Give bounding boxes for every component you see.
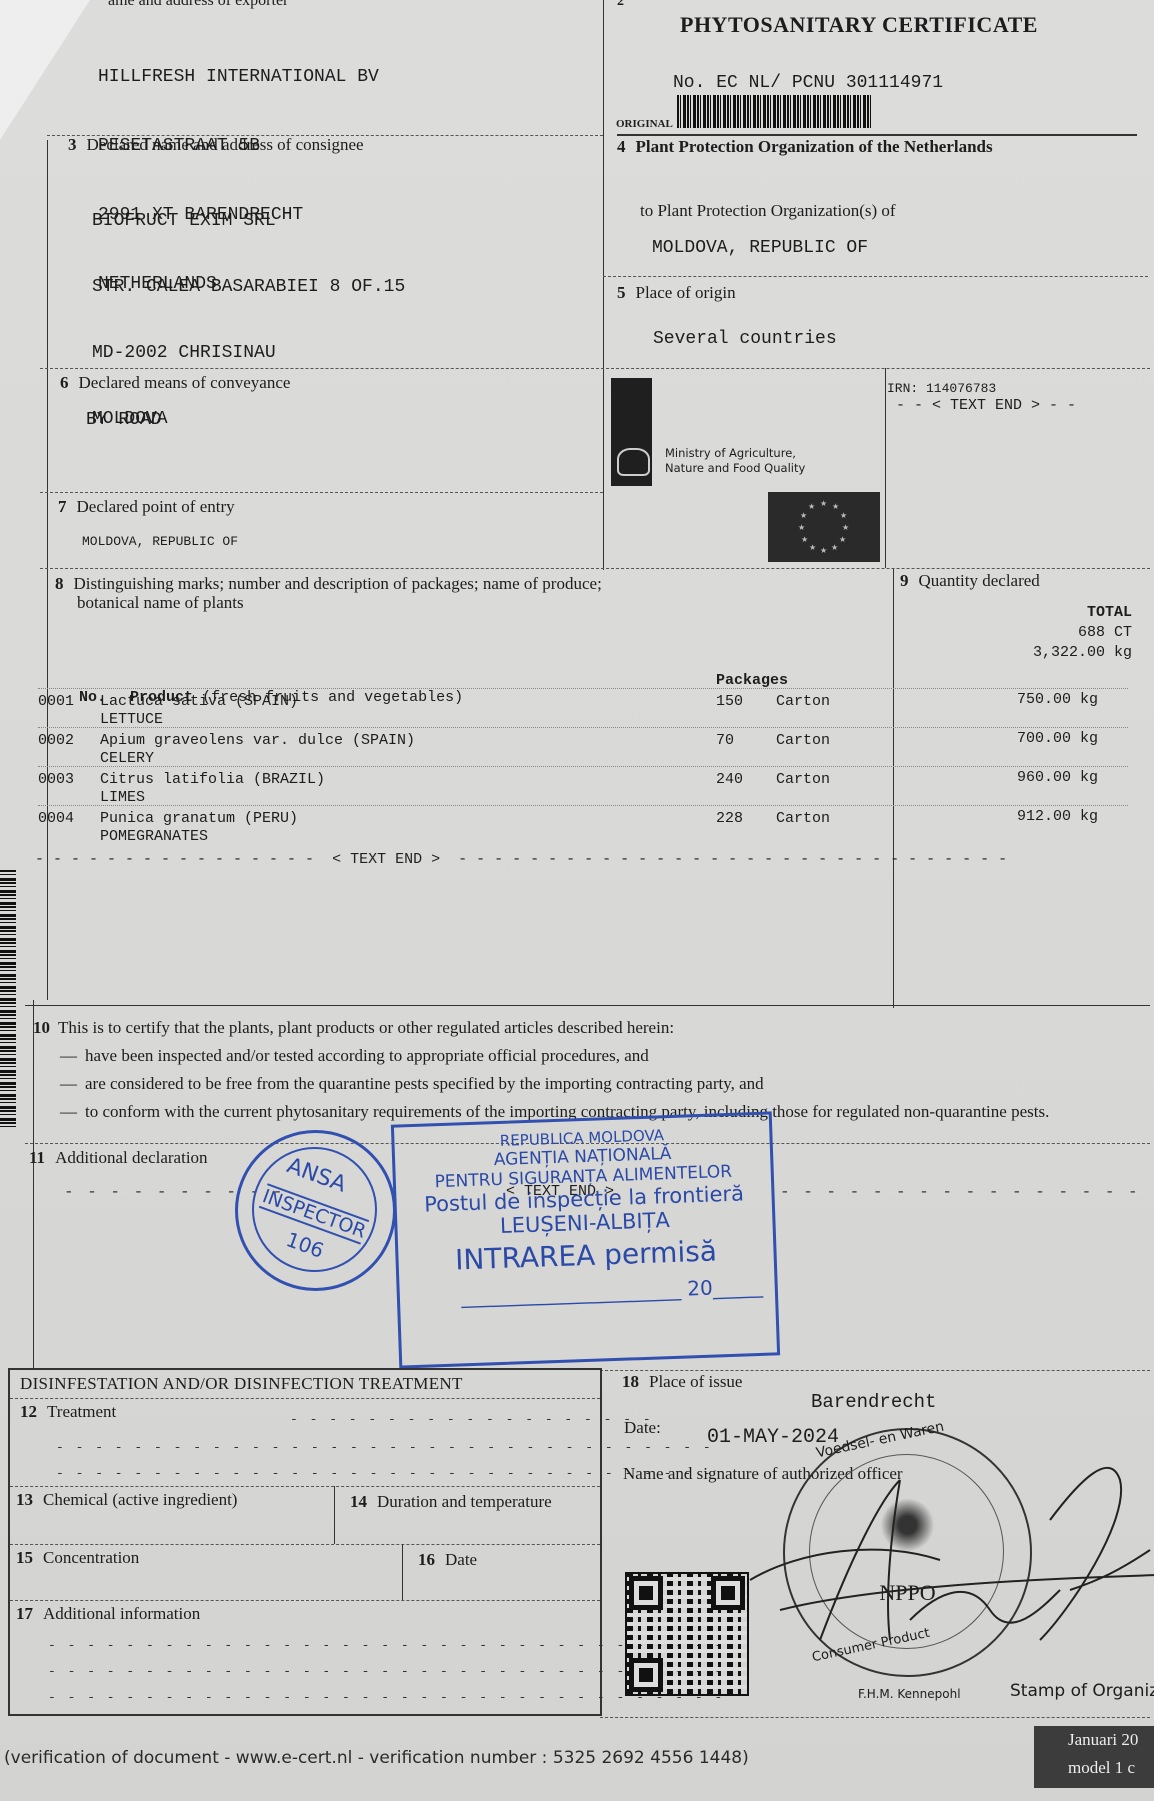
field-number: 8 (55, 574, 64, 593)
irn-text-end: - - < TEXT END > - - (896, 397, 1076, 414)
item-package-unit: Carton (776, 809, 830, 828)
phytosanitary-certificate: ame and address of exporter HILLFRESH IN… (0, 0, 1154, 1801)
ministry-line: Ministry of Agriculture, (665, 446, 805, 461)
folded-corner (0, 0, 90, 140)
treatment-date-label: 16Date (418, 1550, 477, 1570)
item-number: 0001 (38, 692, 74, 711)
concentration-label: 15Concentration (16, 1548, 139, 1568)
badge-line: Januari 20 (1068, 1726, 1154, 1754)
svg-text:★: ★ (840, 511, 847, 520)
label-text: Date (445, 1550, 477, 1569)
label-text: Chemical (active ingredient) (43, 1490, 237, 1509)
item-botanical-name: Citrus latifolia (BRAZIL) (100, 770, 325, 789)
stamp-of-organization-label: Stamp of Organiz (1010, 1681, 1154, 1701)
divider (10, 1600, 600, 1601)
irn-number: IRN: 114076783 (887, 381, 996, 396)
frame-left (47, 140, 48, 1000)
verification-qr-code[interactable] (625, 1572, 749, 1696)
quantity-label: 9Quantity declared (900, 571, 1040, 591)
text-end-marker: < TEXT END > (332, 851, 440, 868)
item-package-unit: Carton (776, 692, 830, 711)
chemical-label: 13Chemical (active ingredient) (16, 1490, 237, 1510)
divider-6 (25, 1005, 1150, 1006)
consignee-line: BIOFRUCT EXIM SRL (92, 210, 405, 232)
bullet-text: are considered to be free from the quara… (85, 1070, 764, 1098)
additional-declaration-dashes: - - - - - - - - - - - - - - - - (780, 1183, 1140, 1201)
additional-info-label: 17Additional information (16, 1604, 200, 1624)
field-number: 14 (350, 1492, 367, 1511)
place-of-issue-value: Barendrecht (811, 1391, 936, 1413)
entry-value: MOLDOVA, REPUBLIC OF (82, 534, 238, 549)
label-text: Declared name and address of consignee (87, 135, 364, 154)
verification-footer: (verification of document - www.e-cert.n… (4, 1748, 749, 1768)
item-common-name: POMEGRANATES (100, 827, 208, 846)
item-botanical-name: Lactuca sativa (SPAIN) (100, 692, 298, 711)
additional-declaration-label: 11Additional declaration (29, 1148, 208, 1168)
item-package-count: 240 (716, 770, 743, 789)
table-row: 0001Lactuca sativa (SPAIN)LETTUCE150Cart… (38, 690, 1128, 729)
total-packages: 688 CT (1033, 623, 1132, 643)
certificate-barcode (677, 95, 871, 128)
table-row: 0002Apium graveolens var. dulce (SPAIN)C… (38, 729, 1128, 768)
marks-label: 8Distinguishing marks; number and descri… (55, 574, 602, 612)
svg-text:★: ★ (801, 535, 808, 544)
frame-mid (603, 0, 604, 570)
moldova-round-stamp: ANSA INSPECTOR 106 (235, 1130, 396, 1291)
row-divider (38, 766, 1128, 767)
exporter-label: ame and address of exporter (108, 0, 288, 10)
quantity-total: TOTAL 688 CT 3,322.00 kg (1033, 603, 1132, 663)
table-row: 0004Punica granatum (PERU)POMEGRANATES22… (38, 807, 1128, 846)
origin-value: Several countries (653, 329, 837, 349)
item-package-count: 70 (716, 731, 734, 750)
certify-intro: This is to certify that the plants, plan… (58, 1018, 674, 1037)
additional-info-dashes: - - - - - - - - - - - - - - - - - - - - … (48, 1664, 724, 1679)
issue-date-label: Date: (624, 1418, 661, 1438)
label-text: Place of origin (636, 283, 736, 302)
svg-text:★: ★ (808, 502, 815, 511)
divider-5 (40, 568, 1150, 569)
svg-text:★: ★ (842, 523, 849, 532)
eu-flag-icon: ★★★★ ★★★★ ★★★★ (768, 492, 880, 562)
row-divider (38, 805, 1128, 806)
label-text: botanical name of plants (55, 593, 602, 612)
label-text: Concentration (43, 1548, 139, 1567)
badge-line: model 1 c (1068, 1754, 1154, 1782)
ppo-label: 4Plant Protection Organization of the Ne… (617, 137, 993, 157)
svg-text:★: ★ (820, 499, 827, 508)
label-text: Duration and temperature (377, 1492, 552, 1511)
consignee-line: MD-2002 CHRISINAU (92, 342, 405, 364)
bullet-text: have been inspected and/or tested accord… (85, 1042, 649, 1070)
total-label: TOTAL (1033, 603, 1132, 623)
svg-text:★: ★ (820, 546, 827, 555)
treatment-dashes: - - - - - - - - - - - - - - - - - - - (290, 1412, 653, 1427)
divider (10, 1544, 600, 1545)
svg-text:★: ★ (800, 511, 807, 520)
certificate-number: No. EC NL/ PCNU 301114971 (673, 73, 943, 93)
item-package-count: 228 (716, 809, 743, 828)
marks-text-end: - - - - - - - - - - - - - - - - < TEXT E… (35, 851, 1007, 868)
field-number: 12 (20, 1402, 37, 1421)
divider-issue-bottom (600, 1717, 1150, 1718)
item-number: 0002 (38, 731, 74, 750)
item-number: 0003 (38, 770, 74, 789)
origin-label: 5Place of origin (617, 283, 736, 303)
field-number: 17 (16, 1604, 33, 1623)
label-text: Distinguishing marks; number and descrip… (74, 574, 602, 593)
label-text: Plant Protection Organization of the Net… (636, 137, 993, 156)
exporter-line: HILLFRESH INTERNATIONAL BV (98, 66, 379, 89)
divider-top-right (617, 134, 1137, 136)
ppo-to-label: to Plant Protection Organization(s) of (640, 201, 896, 221)
original-label: ORIGINAL (616, 118, 673, 130)
field-number: 16 (418, 1550, 435, 1569)
item-package-unit: Carton (776, 770, 830, 789)
field-number: 3 (68, 135, 77, 154)
treatment-label: 12Treatment (20, 1402, 116, 1422)
divider-issue (600, 1370, 1150, 1371)
field-number: 18 (622, 1372, 639, 1391)
stamp-date-suffix: 20 (687, 1276, 713, 1301)
treatment-dashes: - - - - - - - - - - - - - - - - - - - - … (56, 1440, 713, 1455)
field-number: 6 (60, 373, 69, 392)
duration-label: 14Duration and temperature (350, 1492, 552, 1512)
field-number: 9 (900, 571, 909, 590)
ppo-to-value: MOLDOVA, REPUBLIC OF (652, 238, 868, 258)
row-divider (38, 688, 1128, 689)
field-number: 13 (16, 1490, 33, 1509)
officer-name: F.H.M. Kennepohl (858, 1687, 961, 1701)
item-weight: 750.00 kg (1017, 690, 1098, 709)
certificate-title: PHYTOSANITARY CERTIFICATE (680, 12, 1038, 38)
divider (334, 1486, 335, 1544)
place-of-issue-label: 18Place of issue (622, 1372, 742, 1392)
item-number: 0004 (38, 809, 74, 828)
divider-4 (40, 492, 603, 493)
label-text: Declared means of conveyance (79, 373, 291, 392)
netherlands-crest-icon (611, 378, 652, 486)
col-packages: Packages (716, 672, 788, 689)
item-weight: 960.00 kg (1017, 768, 1098, 787)
stamp-date-line: ______________________ 20_____ (400, 1273, 776, 1310)
field-number: 11 (29, 1148, 45, 1167)
label-text: Quantity declared (919, 571, 1040, 590)
label-text: Treatment (47, 1402, 116, 1421)
entry-label: 7Declared point of entry (58, 497, 235, 517)
consignee-line: STR. CALEA BASARABIEI 8 OF.15 (92, 276, 405, 298)
divider (10, 1486, 600, 1487)
moldova-entry-stamp: REPUBLICA MOLDOVA AGENȚIA NAȚIONALĂ PENT… (391, 1111, 780, 1368)
treatment-heading: DISINFESTATION AND/OR DISINFECTION TREAT… (20, 1374, 463, 1394)
field-number: 10 (33, 1018, 50, 1037)
conveyance-value: BY ROAD (86, 410, 162, 430)
item-weight: 700.00 kg (1017, 729, 1098, 748)
certify-bullet: —are considered to be free from the quar… (33, 1070, 1060, 1098)
item-package-unit: Carton (776, 731, 830, 750)
item-weight: 912.00 kg (1017, 807, 1098, 826)
treatment-dashes: - - - - - - - - - - - - - - - - - - - - … (56, 1466, 713, 1481)
table-row: 0003Citrus latifolia (BRAZIL)LIMES240Car… (38, 768, 1128, 807)
divider (10, 1398, 600, 1399)
label-text: Additional declaration (55, 1148, 207, 1167)
divider-2 (603, 276, 1148, 277)
item-package-count: 150 (716, 692, 743, 711)
conveyance-label: 6Declared means of conveyance (60, 373, 290, 393)
additional-info-dashes: - - - - - - - - - - - - - - - - - - - - … (48, 1638, 724, 1653)
field-number: 4 (617, 137, 626, 156)
field-number: 15 (16, 1548, 33, 1567)
label-text: Place of issue (649, 1372, 742, 1391)
ministry-name: Ministry of Agriculture, Nature and Food… (665, 446, 805, 476)
additional-info-dashes: - - - - - - - - - - - - - - - - - - - - … (48, 1690, 724, 1705)
label-text: Additional information (43, 1604, 200, 1623)
certification-statement: 10This is to certify that the plants, pl… (33, 1014, 1060, 1122)
field-number: 5 (617, 283, 626, 302)
side-barcode (0, 870, 16, 1130)
svg-text:★: ★ (839, 535, 846, 544)
total-weight: 3,322.00 kg (1033, 643, 1132, 663)
field-number: 7 (58, 497, 67, 516)
svg-text:★: ★ (832, 502, 839, 511)
svg-text:★: ★ (809, 543, 816, 552)
svg-text:★: ★ (798, 523, 805, 532)
consignee-label: 3Declared name and address of consignee (68, 135, 364, 155)
divider (402, 1544, 403, 1600)
box-number-2: 2 (617, 0, 624, 10)
certify-bullet: —have been inspected and/or tested accor… (33, 1042, 1060, 1070)
officer-signature (740, 1440, 1154, 1670)
label-text: Declared point of entry (77, 497, 235, 516)
ministry-line: Nature and Food Quality (665, 461, 805, 476)
item-botanical-name: Punica granatum (PERU) (100, 809, 298, 828)
svg-text:★: ★ (831, 543, 838, 552)
item-botanical-name: Apium graveolens var. dulce (SPAIN) (100, 731, 415, 750)
treatment-box: DISINFESTATION AND/OR DISINFECTION TREAT… (8, 1368, 602, 1716)
form-model-badge: Januari 20 model 1 c (1034, 1726, 1154, 1788)
row-divider (38, 727, 1128, 728)
frame-ir (885, 368, 886, 568)
